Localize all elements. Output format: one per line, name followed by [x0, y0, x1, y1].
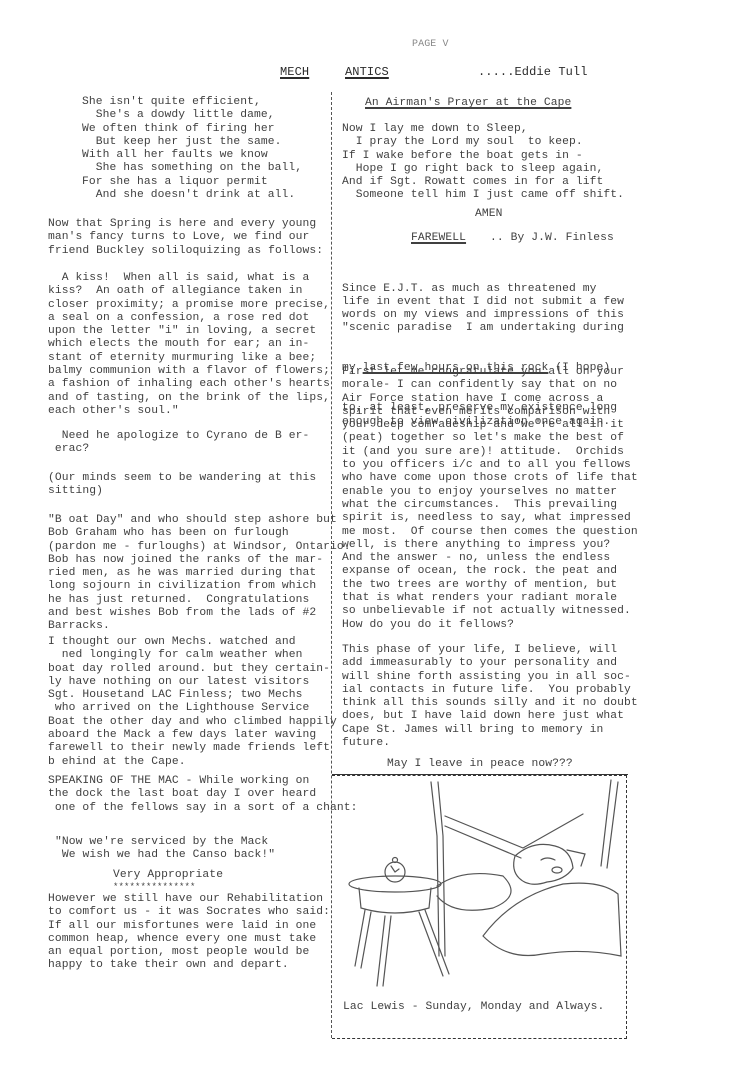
- text-line: a fashion of inhaling each other's heart…: [48, 378, 330, 391]
- text-line: erac?: [48, 443, 309, 456]
- text-line: aboard the Mack a few days later waving: [48, 729, 337, 742]
- farewell-p1-lines: Since E.J.T. as much as threatened mylif…: [342, 283, 624, 336]
- table-leg-left: [355, 910, 365, 966]
- text-line: who arrived on the Lighthouse Service: [48, 702, 337, 715]
- chant-quote: "Now we're serviced by the Mack We wish …: [55, 836, 275, 863]
- text-line: and of tasting, on the brink of the lips…: [48, 392, 330, 405]
- text-line: life in event that I did not submit a fe…: [342, 296, 624, 309]
- text-line: each other's soul.": [48, 405, 330, 418]
- text-line: so unbelievable if not actually witnesse…: [342, 605, 638, 618]
- text-line: Bob has now joined the ranks of the mar-: [48, 554, 351, 567]
- text-line: happy to take their own and depart.: [48, 959, 330, 972]
- text-line: Boat the other day and who climbed happi…: [48, 716, 337, 729]
- prayer-title: An Airman's Prayer at the Cape: [365, 97, 571, 110]
- text-line: Bob Graham who has been on furlough: [48, 527, 351, 540]
- farewell-paragraph-2: First let me congratulate you all on you…: [342, 366, 638, 632]
- text-line: A kiss! When all is said, what is a: [48, 272, 330, 285]
- text-line: ried men, as he was married during that: [48, 567, 351, 580]
- text-line: For she has a liquor permit: [82, 176, 302, 189]
- column-title-mech: MECH: [280, 66, 309, 79]
- cyrano-question: Need he apologize to Cyrano de B er- era…: [48, 430, 309, 457]
- text-line: will shine forth assisting you in all so…: [342, 671, 638, 684]
- text-line: man's fancy turns to Love, we find our: [48, 231, 323, 244]
- text-line: that is what renders your radiant morale: [342, 592, 638, 605]
- text-line: We wish we had the Canso back!": [55, 849, 275, 862]
- column-byline: .....Eddie Tull: [478, 66, 588, 79]
- text-line: sitting): [48, 485, 316, 498]
- text-line: it (and you sure are)! attitude. Orchids: [342, 446, 638, 459]
- text-line: Since E.J.T. as much as threatened my: [342, 283, 624, 296]
- poem-secretary: She isn't quite efficient, She's a dowdy…: [82, 96, 302, 202]
- text-line: to you officers i/c and to all you fello…: [342, 459, 638, 472]
- text-line: stant of eternity murmuring like a bee;: [48, 352, 330, 365]
- text-line: expanse of ocean, the rock. the peat and: [342, 565, 638, 578]
- text-line: "Now we're serviced by the Mack: [55, 836, 275, 849]
- text-line: think all this sounds silly and it no do…: [342, 697, 638, 710]
- text-line: She isn't quite efficient,: [82, 96, 302, 109]
- farewell-byline: .. By J.W. Finless: [490, 232, 614, 245]
- text-line: friend Buckley soliloquizing as follows:: [48, 245, 323, 258]
- text-line: the two trees are worthy of mention, but: [342, 579, 638, 592]
- text-line: However we still have our Rehabilitation: [48, 893, 330, 906]
- text-line: And if Sgt. Rowatt comes in for a lift: [342, 176, 624, 189]
- text-line: he has just returned. Congratulations: [48, 594, 351, 607]
- text-line: upon the letter "i" in loving, a secret: [48, 325, 330, 338]
- text-line: does, but I have laid down here just wha…: [342, 710, 638, 723]
- text-line: (pardon me - furloughs) at Windsor, Onta…: [48, 541, 351, 554]
- text-line: ned longingly for calm weather when: [48, 649, 337, 662]
- text-line: which elects the mouth for ear; an in-: [48, 338, 330, 351]
- text-line: How do you do it fellows?: [342, 619, 638, 632]
- kiss-quote: A kiss! When all is said, what is akiss?…: [48, 272, 330, 418]
- cartoon-caption: Lac Lewis - Sunday, Monday and Always.: [343, 1001, 604, 1014]
- text-line: And she doesn't drink at all.: [82, 189, 302, 202]
- text-line: an equal portion, most people would be: [48, 946, 330, 959]
- text-line: Need he apologize to Cyrano de B er-: [48, 430, 309, 443]
- text-line: farewell to their newly made friends lef…: [48, 742, 337, 755]
- rehabilitation-paragraph: However we still have our Rehabilitation…: [48, 893, 330, 973]
- text-line: She has something on the ball,: [82, 162, 302, 175]
- airmans-prayer: Now I lay me down to Sleep, I pray the L…: [342, 123, 624, 203]
- amen-label: AMEN: [475, 208, 503, 221]
- text-line: add immeasurably to your personality and: [342, 657, 638, 670]
- speaking-of-mac-paragraph: SPEAKING OF THE MAC - While working onth…: [48, 775, 358, 815]
- text-line: a seal on a confession, a rose red dot: [48, 312, 330, 325]
- text-line: Now that Spring is here and every young: [48, 218, 323, 231]
- spring-intro: Now that Spring is here and every youngm…: [48, 218, 323, 258]
- text-line: I thought our own Mechs. watched and: [48, 636, 337, 649]
- text-line: to comfort us - it was Socrates who said…: [48, 906, 330, 919]
- text-line: "scenic paradise I am undertaking during: [342, 322, 624, 335]
- sleeping-airman-cartoon: [333, 776, 627, 1036]
- text-line: the dock the last boat day I over heard: [48, 788, 358, 801]
- text-line: (Our minds seem to be wandering at this: [48, 472, 316, 485]
- text-line: closer proximity; a promise more precise…: [48, 299, 330, 312]
- text-line: kiss? An oath of allegiance taken in: [48, 285, 330, 298]
- blanket: [483, 883, 621, 956]
- text-line: enable you to enjoy yourselves no matter: [342, 486, 638, 499]
- text-line: Cape St. James will bring to memory in: [342, 724, 638, 737]
- text-line: I pray the Lord my soul to keep.: [342, 136, 624, 149]
- text-line: If I wake before the boat gets in -: [342, 150, 624, 163]
- mechs-paragraph: I thought our own Mechs. watched and ned…: [48, 636, 337, 769]
- text-line: Someone tell him I just came off shift.: [342, 189, 624, 202]
- text-line: spirit that even merits comparison with: [342, 406, 638, 419]
- bed-post-right-inner: [607, 782, 618, 868]
- text-line: and best wishes Bob from the lads of #2: [48, 607, 351, 620]
- closing-line: May I leave in peace now???: [387, 758, 573, 771]
- text-line: morale- I can confidently say that on no: [342, 379, 638, 392]
- table-leg-right: [425, 910, 449, 974]
- page-number: PAGE V: [412, 38, 449, 51]
- text-line: me most. Of course then comes the questi…: [342, 526, 638, 539]
- text-line: Barracks.: [48, 620, 351, 633]
- text-line: common heap, whence every one must take: [48, 933, 330, 946]
- text-line: your deep comradeship and'we're all in i…: [342, 419, 638, 432]
- text-line: But keep her just the same.: [82, 136, 302, 149]
- text-line: She's a dowdy little dame,: [82, 109, 302, 122]
- column-title-antics: ANTICS: [345, 66, 389, 79]
- text-line: who have come upon those crots of life t…: [342, 472, 638, 485]
- text-line: Sgt. Housetand LAC Finless; two Mechs: [48, 689, 337, 702]
- text-line: "B oat Day" and who should step ashore b…: [48, 514, 351, 527]
- text-line: well, is there anything to impress you?: [342, 539, 638, 552]
- text-line: SPEAKING OF THE MAC - While working on: [48, 775, 358, 788]
- farewell-paragraph-3: This phase of your life, I believe, will…: [342, 644, 638, 750]
- text-line: (peat) together so let's make the best o…: [342, 432, 638, 445]
- text-line: With all her faults we know: [82, 149, 302, 162]
- text-line: balmy communion with a flavor of flowers…: [48, 365, 330, 378]
- text-line: b ehind at the Cape.: [48, 756, 337, 769]
- boat-day-paragraph: "B oat Day" and who should step ashore b…: [48, 514, 351, 634]
- table-top: [349, 876, 441, 892]
- text-line: what the circumstances. This prevailing: [342, 499, 638, 512]
- text-line: Now I lay me down to Sleep,: [342, 123, 624, 136]
- text-line: words on my views and impressions of thi…: [342, 309, 624, 322]
- text-line: If all our misfortunes were laid in one: [48, 920, 330, 933]
- text-line: Air Force station have I come across a: [342, 393, 638, 406]
- text-line: ly have nothing on our latest visitors: [48, 676, 337, 689]
- text-line: First let me congratulate you all on you…: [342, 366, 638, 379]
- text-line: future.: [342, 737, 638, 750]
- text-line: Hope I go right back to sleep again,: [342, 163, 624, 176]
- farewell-title: FAREWELL: [411, 232, 466, 245]
- text-line: And the answer - no, unless the endless: [342, 552, 638, 565]
- wandering-note: (Our minds seem to be wandering at thiss…: [48, 472, 316, 499]
- text-line: one of the fellows say in a sort of a ch…: [48, 802, 358, 815]
- text-line: long sojourn in civilization from which: [48, 580, 351, 593]
- text-line: boat day rolled around. but they certain…: [48, 663, 337, 676]
- text-line: ial contacts in future life. You probabl…: [342, 684, 638, 697]
- text-line: We often think of firing her: [82, 123, 302, 136]
- pillow: [437, 874, 511, 911]
- text-line: spirit is, needless to say, what impress…: [342, 512, 638, 525]
- text-line: This phase of your life, I believe, will: [342, 644, 638, 657]
- head: [514, 844, 573, 884]
